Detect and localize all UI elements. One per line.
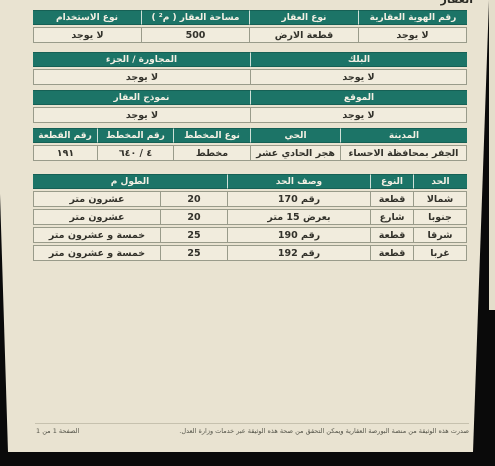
value-cell: لا يوجد bbox=[33, 69, 250, 85]
value-cell: الجفر بمحافظة الاحساء bbox=[340, 145, 467, 161]
value-cell: 500 bbox=[141, 27, 249, 43]
footer-note: صدرت هذه الوثيقة من منصة البورصة العقاري… bbox=[179, 427, 469, 435]
header-cell: المجاورة / الجزء bbox=[33, 52, 250, 67]
table-row: شمالا قطعة رقم 170 20 عشرون متر bbox=[33, 191, 467, 207]
header-cell: نوع العقار bbox=[249, 10, 358, 25]
header-cell: نموذج العقار bbox=[33, 90, 250, 105]
value-cell: بعرض 15 متر bbox=[227, 209, 370, 225]
table-header-row: البلك المجاورة / الجزء bbox=[33, 52, 467, 67]
footer-divider bbox=[35, 423, 469, 424]
block-table: البلك المجاورة / الجزء لا يوجد لا يوجد bbox=[33, 50, 467, 87]
location-table: الموقع نموذج العقار لا يوجد لا يوجد bbox=[33, 88, 467, 125]
value-cell: شرقا bbox=[413, 227, 467, 243]
value-cell: رقم 190 bbox=[227, 227, 370, 243]
table-row: الجفر بمحافظة الاحساء هجر الحادي عشر مخط… bbox=[33, 145, 467, 161]
table-header-row: رقم الهوية العقارية نوع العقار مساحة الع… bbox=[33, 10, 467, 25]
header-cell: رقم القطعة bbox=[33, 128, 97, 143]
header-cell: الحي bbox=[250, 128, 340, 143]
value-cell: رقم 170 bbox=[227, 191, 370, 207]
header-cell: المدينة bbox=[340, 128, 467, 143]
value-cell: ١٩١ bbox=[33, 145, 97, 161]
value-cell: خمسة و عشرون متر bbox=[33, 227, 160, 243]
table-row: لا يوجد لا يوجد bbox=[33, 69, 467, 85]
value-cell: خمسة و عشرون متر bbox=[33, 245, 160, 261]
value-cell: قطعة bbox=[370, 227, 413, 243]
value-cell: مخطط bbox=[173, 145, 250, 161]
table-header-row: الموقع نموذج العقار bbox=[33, 90, 467, 105]
header-cell: رقم المخطط bbox=[97, 128, 173, 143]
value-cell: لا يوجد bbox=[250, 69, 467, 85]
boundaries-table: الحد النوع وصف الحد الطول م شمالا قطعة ر… bbox=[33, 172, 467, 263]
value-cell: 25 bbox=[160, 227, 227, 243]
table-row: لا يوجد قطعة الارض 500 لا يوجد bbox=[33, 27, 467, 43]
table-row: شرقا قطعة رقم 190 25 خمسة و عشرون متر bbox=[33, 227, 467, 243]
value-cell: 20 bbox=[160, 191, 227, 207]
value-cell: قطعة الارض bbox=[249, 27, 358, 43]
value-cell: قطعة bbox=[370, 245, 413, 261]
value-cell: لا يوجد bbox=[33, 107, 250, 123]
header-cell: نوع الاستخدام bbox=[33, 10, 141, 25]
page-number-label: الصفحة 1 من 1 bbox=[36, 427, 79, 435]
table-row: جنوبا شارع بعرض 15 متر 20 عشرون متر bbox=[33, 209, 467, 225]
header-cell: رقم الهوية العقارية bbox=[358, 10, 467, 25]
plan-table: المدينة الحي نوع المخطط رقم المخطط رقم ا… bbox=[33, 126, 467, 163]
value-cell: قطعة bbox=[370, 191, 413, 207]
value-cell: هجر الحادي عشر bbox=[250, 145, 340, 161]
value-cell: 20 bbox=[160, 209, 227, 225]
value-cell: لا يوجد bbox=[33, 27, 141, 43]
table-header-row: الحد النوع وصف الحد الطول م bbox=[33, 174, 467, 189]
table-row: غربا قطعة رقم 192 25 خمسة و عشرون متر bbox=[33, 245, 467, 261]
header-cell: نوع المخطط bbox=[173, 128, 250, 143]
header-cell: الطول م bbox=[33, 174, 227, 189]
value-cell: عشرون متر bbox=[33, 209, 160, 225]
document-page: العقار رقم الهوية العقارية نوع العقار مس… bbox=[0, 0, 495, 466]
value-cell: شارع bbox=[370, 209, 413, 225]
value-cell: ٤ / ٦٤٠ bbox=[97, 145, 173, 161]
value-cell: لا يوجد bbox=[250, 107, 467, 123]
header-cell: وصف الحد bbox=[227, 174, 370, 189]
header-cell: النوع bbox=[370, 174, 413, 189]
value-cell: شمالا bbox=[413, 191, 467, 207]
header-cell: البلك bbox=[250, 52, 467, 67]
header-cell: الحد bbox=[413, 174, 467, 189]
background-page-edge bbox=[489, 0, 495, 310]
header-cell: مساحة العقار ( م² ) bbox=[141, 10, 249, 25]
value-cell: جنوبا bbox=[413, 209, 467, 225]
property-table: رقم الهوية العقارية نوع العقار مساحة الع… bbox=[33, 8, 467, 45]
document-content: رقم الهوية العقارية نوع العقار مساحة الع… bbox=[33, 0, 467, 263]
header-cell: الموقع bbox=[250, 90, 467, 105]
value-cell: غربا bbox=[413, 245, 467, 261]
table-header-row: المدينة الحي نوع المخطط رقم المخطط رقم ا… bbox=[33, 128, 467, 143]
value-cell: 25 bbox=[160, 245, 227, 261]
value-cell: رقم 192 bbox=[227, 245, 370, 261]
value-cell: لا يوجد bbox=[358, 27, 467, 43]
value-cell: عشرون متر bbox=[33, 191, 160, 207]
table-row: لا يوجد لا يوجد bbox=[33, 107, 467, 123]
